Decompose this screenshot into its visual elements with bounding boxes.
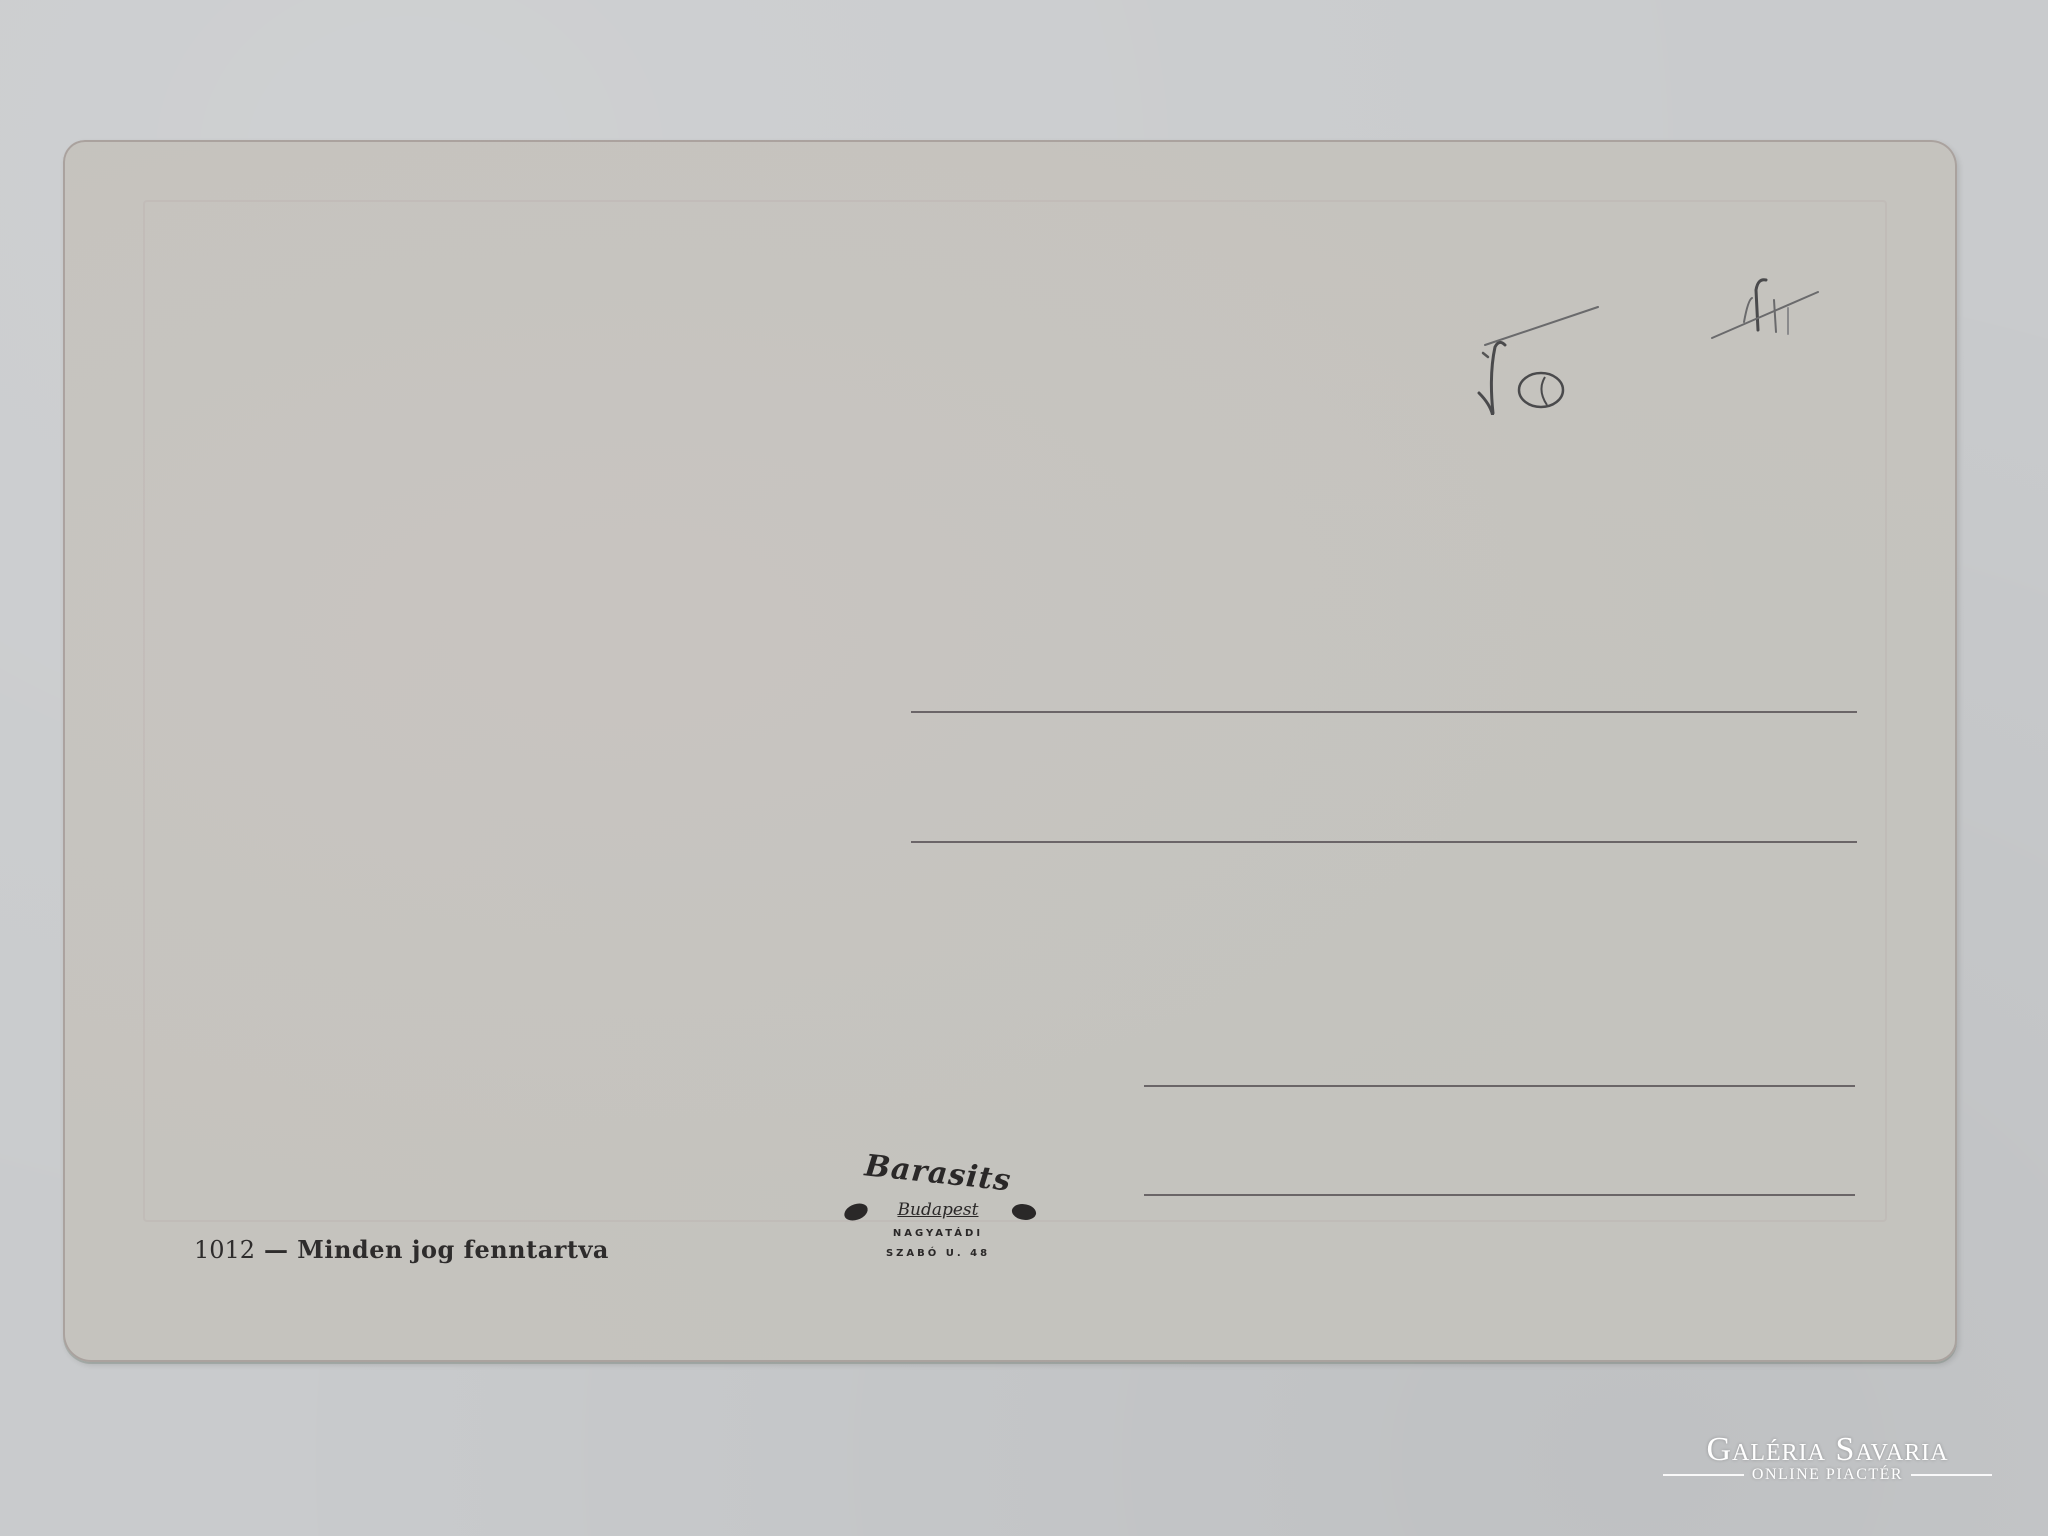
leaf-ornament-icon <box>1010 1200 1038 1223</box>
publisher-address-line-1: NAGYATÁDI <box>858 1228 1018 1239</box>
watermark-rule-right <box>1911 1474 1992 1476</box>
publisher-stamp: Barasits Budapest NAGYATÁDI SZABÓ U. 48 <box>838 1156 1038 1276</box>
publisher-address-line-2: SZABÓ U. 48 <box>858 1248 1018 1259</box>
pencil-mark-struck-number-icon <box>1708 270 1828 350</box>
publisher-brand: Barasits <box>847 1147 1030 1201</box>
address-line-3 <box>1144 1085 1855 1087</box>
leaf-ornament-icon <box>843 1202 869 1222</box>
rights-reserved-text: Minden jog fenntartva <box>297 1235 609 1264</box>
watermark-subtitle: ONLINE PIACTÉR <box>1752 1466 1903 1484</box>
watermark-title: Galéria Savaria <box>1655 1430 2000 1470</box>
address-line-1 <box>911 711 1857 713</box>
footer-rights-text: 1012 — Minden jog fenntartva <box>194 1235 609 1264</box>
publisher-city: Budapest <box>878 1200 998 1220</box>
postcard-back: 1012 — Minden jog fenntartva Barasits Bu… <box>63 140 1957 1362</box>
separator-dash: — <box>264 1235 289 1264</box>
pencil-mark-check-zero-icon <box>1473 295 1603 415</box>
galeria-savaria-watermark: Galéria Savaria ONLINE PIACTÉR <box>1655 1430 2000 1484</box>
watermark-rule-left <box>1663 1474 1744 1476</box>
catalog-number: 1012 <box>194 1236 255 1264</box>
address-line-4 <box>1144 1194 1855 1196</box>
address-line-2 <box>911 841 1857 843</box>
